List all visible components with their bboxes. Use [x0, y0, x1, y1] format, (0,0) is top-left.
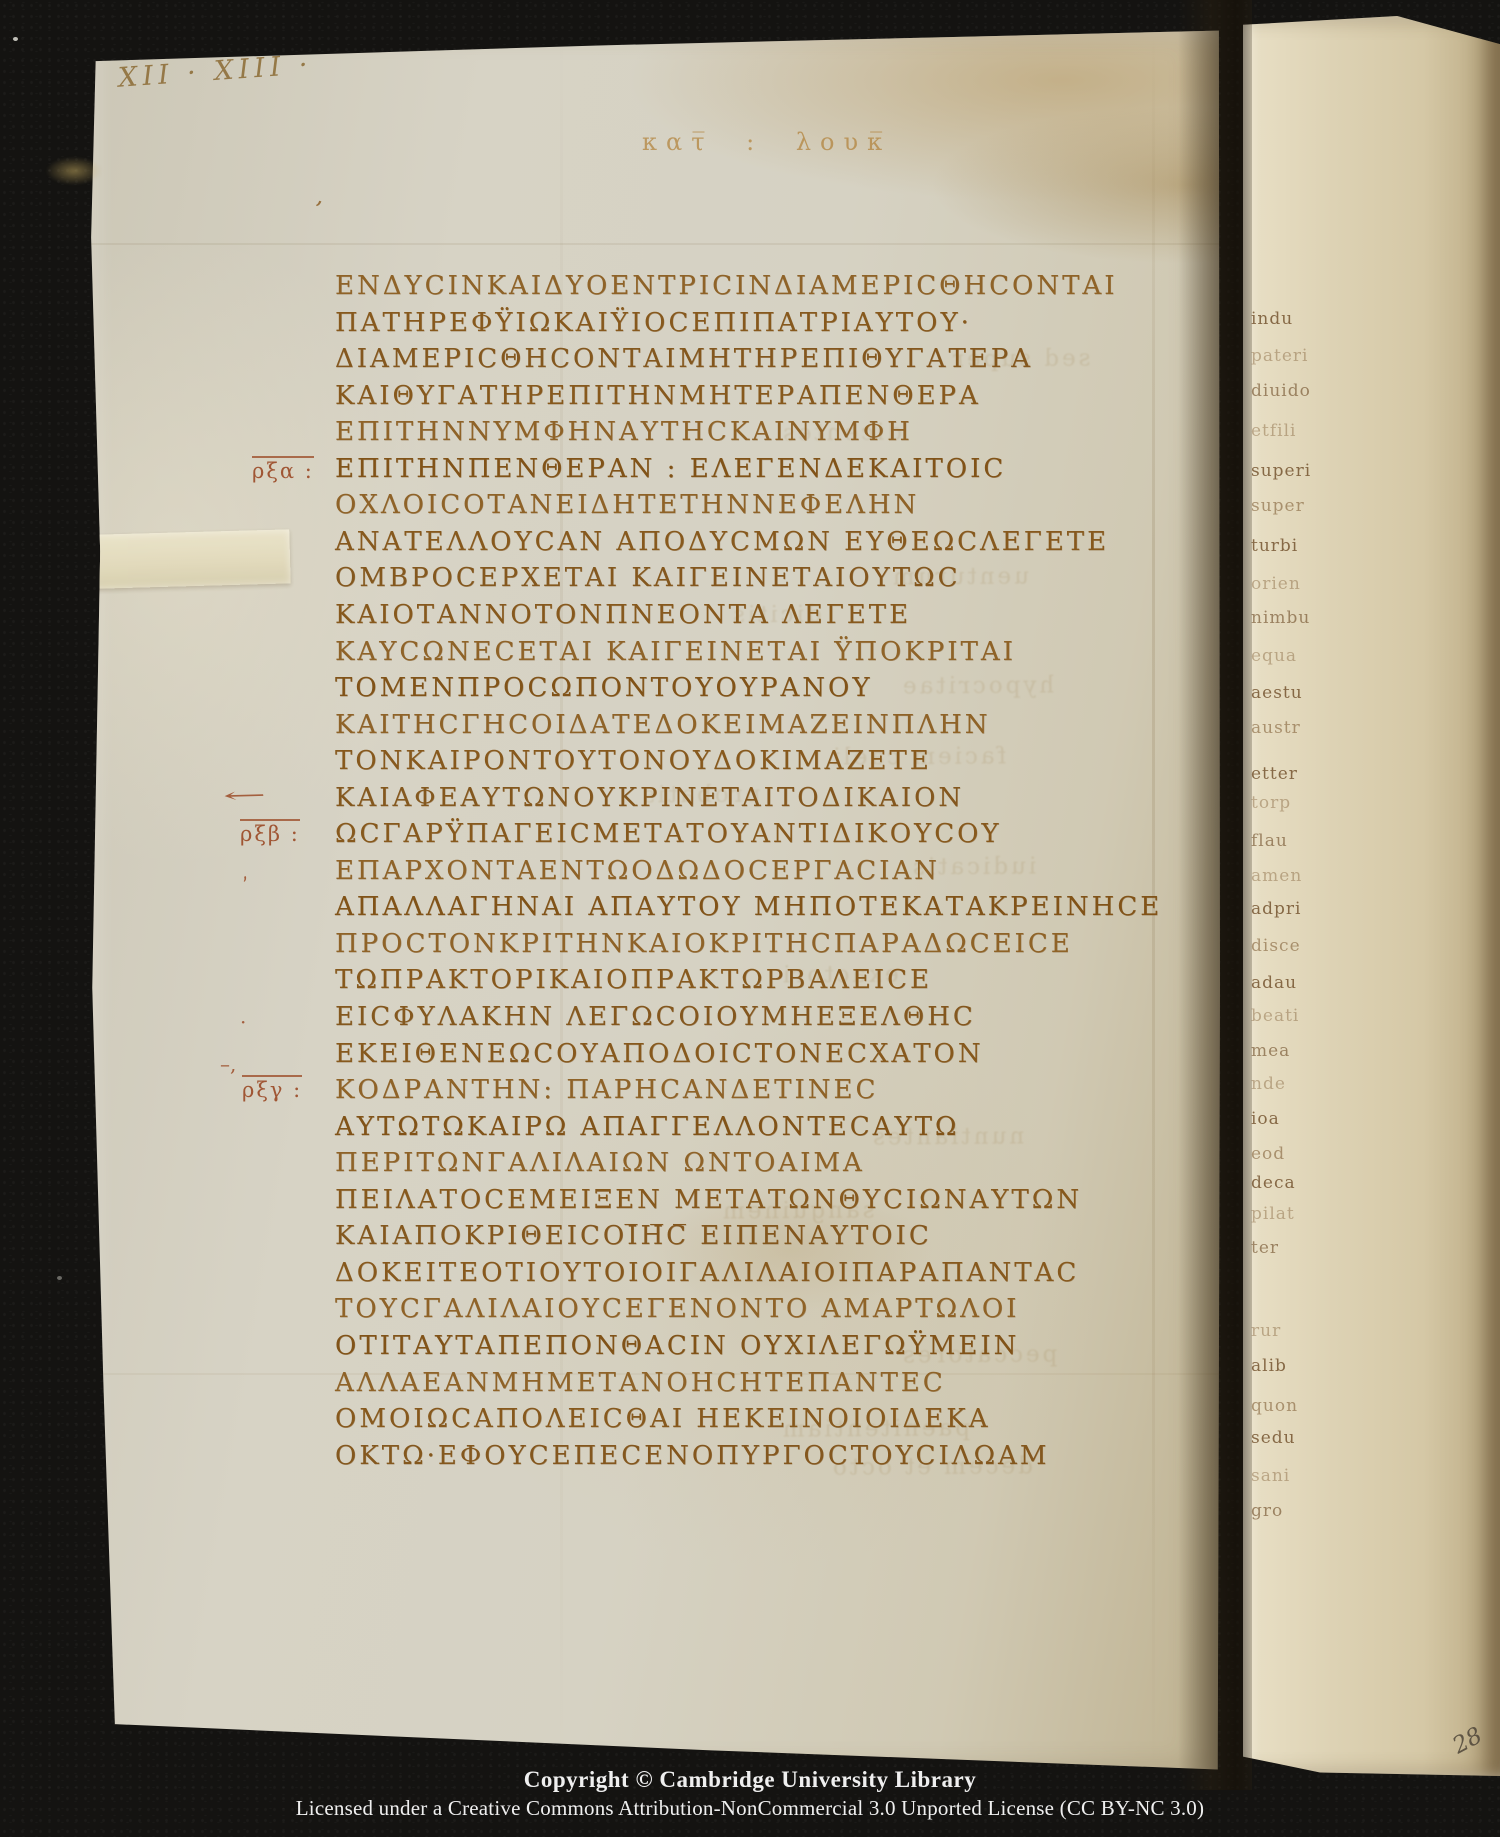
latin-fragment: etter [1251, 764, 1298, 784]
latin-fragment: gro [1251, 1501, 1283, 1521]
greek-text-block: ΕΝΔΥϹΙΝΚΑΙΔΥΟΕΝΤΡΙϹΙΝΔΙΑΜΕΡΙϹΘΗϹΟΝΤΑΙΠΑΤ… [335, 28, 1215, 1773]
greek-text-line: ΕΠΑΡΧΟΝΤΑΕΝΤΩΟΔΩΔΟϹΕΡΓΑϹΙΑΝ [335, 856, 940, 886]
latin-fragment: sani [1251, 1466, 1290, 1486]
manuscript-page: XII · XIII · κατ̅ : λουκ̅ ʼ sed superdic… [90, 28, 1220, 1773]
latin-fragment: nimbu [1251, 608, 1310, 628]
latin-fragment: equa [1251, 646, 1297, 666]
latin-fragment: beati [1251, 1006, 1299, 1026]
latin-fragment: diuido [1251, 381, 1311, 401]
latin-fragment: amen [1251, 866, 1302, 886]
greek-text-line: ΩϹΓΑΡΫΠΑΓΕΙϹΜΕΤΑΤΟΥΑΝΤΙΔΙΚΟΥϹΟΥ [335, 819, 1002, 849]
greek-text-line: ΑΝΑΤΕΛΛΟΥϹΑΝ ΑΠΟΔΥϹΜΩΝ ΕΥΘΕΩϹΛΕΓΕΤΕ [335, 527, 1109, 557]
greek-text-line: ΕΚΕΙΘΕΝΕΩϹΟΥΑΠΟΔΟΙϹΤΟΝΕϹΧΑΤΟΝ [335, 1039, 984, 1069]
greek-text-line: ΕΠΙΤΗΝΠΕΝΘΕΡΑΝ : ΕΛΕΓΕΝΔΕΚΑΙΤΟΙϹ [335, 454, 1006, 484]
section-numeral: ρξα : [252, 456, 314, 483]
section-numeral: ρξβ : [240, 819, 300, 846]
facing-page-edge: indupateridiuidoetfilisuperisuperturbior… [1243, 16, 1500, 1776]
greek-text-line: ΚΑΙΘΥΓΑΤΗΡΕΠΙΤΗΝΜΗΤΕΡΑΠΕΝΘΕΡΑ [335, 381, 981, 411]
greek-text-line: ΚΑΥϹΩΝΕϹΕΤΑΙ ΚΑΙΓΕΙΝΕΤΑΙ ΫΠΟΚΡΙΤΑΙ [335, 637, 1016, 667]
dust-speck [57, 1276, 62, 1280]
latin-fragment: pateri [1251, 346, 1308, 366]
greek-text-line: ΚΑΙΑΠΟΚΡΙΘΕΙϹΟΙ̅Η̅Ϲ̅ ΕΙΠΕΝΑΥΤΟΙϹ [335, 1221, 932, 1251]
greek-text-line: ΟΤΙΤΑΥΤΑΠΕΠΟΝΘΑϹΙΝ ΟΥΧΙΛΕΓΩΫΜΕΙΝ [335, 1331, 1019, 1361]
latin-fragment: superi [1251, 461, 1311, 481]
greek-text-line: ΠΕΡΙΤΩΝΓΑΛΙΛΑΙΩΝ ΩΝΤΟΑΙΜΑ [335, 1148, 865, 1178]
latin-fragment: rur [1251, 1321, 1281, 1341]
margin-mark: · [240, 1010, 246, 1034]
greek-text-line: ΠΕΙΛΑΤΟϹΕΜΕΙΞΕΝ ΜΕΤΑΤΩΝΘΥϹΙΩΝΑΥΤΩΝ [335, 1185, 1082, 1215]
greek-text-line: ΤΩΠΡΑΚΤΟΡΙΚΑΙΟΠΡΑΚΤΩΡΒΑΛΕΙϹΕ [335, 965, 932, 995]
section-numeral: ρξγ : [242, 1075, 302, 1102]
latin-fragment: ter [1251, 1238, 1279, 1258]
folio-number: 28 [1449, 1723, 1487, 1760]
latin-fragment: austr [1251, 718, 1301, 738]
latin-fragment: orien [1251, 574, 1301, 594]
greek-text-line: ΠΑΤΗΡΕΦΫΙΩΚΑΙΫΙΟϹΕΠΙΠΑΤΡΙΑΥΤΟΥ· [335, 308, 972, 338]
greek-text-line: ΑΛΛΑΕΑΝΜΗΜΕΤΑΝΟΗϹΗΤΕΠΑΝΤΕϹ [335, 1368, 946, 1398]
greek-text-line: ΠΡΟϹΤΟΝΚΡΙΤΗΝΚΑΙΟΚΡΙΤΗϹΠΑΡΑΔΩϹΕΙϹΕ [335, 929, 1073, 959]
greek-text-line: ΕΠΙΤΗΝΝΥΜΦΗΝΑΥΤΗϹΚΑΙΝΥΜΦΗ [335, 417, 913, 447]
footer: Copyright © Cambridge University Library… [0, 1763, 1500, 1837]
greek-text-line: ΕΙϹΦΥΛΑΚΗΝ ΛΕΓΩϹΟΙΟΥΜΗΕΞΕΛΘΗϹ [335, 1002, 976, 1032]
greek-text-line: ΚΑΙΤΗϹΓΗϹΟΙΔΑΤΕΔΟΚΕΙΜΑΖΕΙΝΠΛΗΝ [335, 710, 991, 740]
margin-mark: –, [220, 1052, 236, 1076]
greek-text-line: ΟΜΒΡΟϹΕΡΧΕΤΑΙ ΚΑΙΓΕΙΝΕΤΑΙΟΥΤΩϹ [335, 563, 961, 593]
greek-text-line: ΕΝΔΥϹΙΝΚΑΙΔΥΟΕΝΤΡΙϹΙΝΔΙΑΜΕΡΙϹΘΗϹΟΝΤΑΙ [335, 271, 1117, 301]
repair-patch [27, 529, 290, 590]
latin-fragment: disce [1251, 936, 1301, 956]
latin-fragment: ioa [1251, 1109, 1280, 1129]
latin-fragment: sedu [1251, 1428, 1296, 1448]
latin-fragment: indu [1251, 309, 1293, 329]
greek-text-line: ΤΟΜΕΝΠΡΟϹΩΠΟΝΤΟΥΟΥΡΑΝΟΥ [335, 673, 872, 703]
latin-fragment: flau [1251, 831, 1288, 851]
greek-text-line: ΤΟΥϹΓΑΛΙΛΑΙΟΥϹΕΓΕΝΟΝΤΟ ΑΜΑΡΤΩΛΟΙ [335, 1294, 1019, 1324]
greek-text-line: ΟΜΟΙΩϹΑΠΟΛΕΙϹΘΑΙ ΗΕΚΕΙΝΟΙΟΙΔΕΚΑ [335, 1404, 991, 1434]
latin-fragment: adau [1251, 973, 1297, 993]
greek-text-line: ΔΟΚΕΙΤΕΟΤΙΟΥΤΟΙΟΙΓΑΛΙΛΑΙΟΙΠΑΡΑΠΑΝΤΑϹ [335, 1258, 1079, 1288]
latin-fragment: adpri [1251, 899, 1301, 919]
greek-text-line: ΔΙΑΜΕΡΙϹΘΗϹΟΝΤΑΙΜΗΤΗΡΕΠΙΘΥΓΑΤΕΡΑ [335, 344, 1033, 374]
greek-text-line: ΚΑΙΟΤΑΝΝΟΤΟΝΠΝΕΟΝΤΑ ΛΕΓΕΤΕ [335, 600, 911, 630]
greek-text-line: ΤΟΝΚΑΙΡΟΝΤΟΥΤΟΝΟΥΔΟΚΙΜΑΖΕΤΕ [335, 746, 932, 776]
greek-text-line: ΚΟΔΡΑΝΤΗΝ: ΠΑΡΗϹΑΝΔΕΤΙΝΕϹ [335, 1075, 878, 1105]
latin-fragment: nde [1251, 1074, 1286, 1094]
latin-fragment: deca [1251, 1173, 1296, 1193]
latin-fragment: pilat [1251, 1204, 1295, 1224]
copyright-line: Copyright © Cambridge University Library [0, 1767, 1500, 1793]
manuscript-photo: indupateridiuidoetfilisuperisuperturbior… [0, 0, 1500, 1837]
ink-mark: ʼ [308, 196, 324, 225]
quire-mark: XII · XIII · [117, 49, 313, 94]
latin-fragment: torp [1251, 793, 1291, 813]
greek-text-line: ΚΑΙΑΦΕΑΥΤΩΝΟΥΚΡΙΝΕΤΑΙΤΟΔΙΚΑΙΟΝ [335, 783, 964, 813]
margin-mark: ← [220, 782, 268, 807]
greek-text-line: ΟΚΤΩ·ΕΦΟΥϹΕΠΕϹΕΝΟΠΥΡΓΟϹΤΟΥϹΙΛΩΑΜ [335, 1441, 1049, 1471]
license-line: Licensed under a Creative Commons Attrib… [0, 1796, 1500, 1821]
ink-smudge [36, 152, 112, 190]
latin-fragment: eod [1251, 1144, 1285, 1164]
dust-speck [13, 37, 18, 41]
latin-fragment: mea [1251, 1041, 1290, 1061]
latin-fragment: turbi [1251, 536, 1298, 556]
greek-text-line: ΑΠΑΛΛΑΓΗΝΑΙ ΑΠΑΥΤΟΥ ΜΗΠΟΤΕΚΑΤΑΚΡΕΙΝΗϹΕ [335, 892, 1162, 922]
latin-fragment: etfili [1251, 421, 1297, 441]
latin-fragment: super [1251, 496, 1305, 516]
margin-mark: , [236, 860, 249, 885]
latin-fragment: alib [1251, 1356, 1287, 1376]
greek-text-line: ΑΥΤΩΤΩΚΑΙΡΩ ΑΠΑΓΓΕΛΛΟΝΤΕϹΑΥΤΩ [335, 1112, 959, 1142]
greek-text-line: ΟΧΛΟΙϹΟΤΑΝΕΙΔΗΤΕΤΗΝΝΕΦΕΛΗΝ [335, 490, 919, 520]
latin-fragment: quon [1251, 1396, 1298, 1416]
latin-fragment: aestu [1251, 683, 1303, 703]
